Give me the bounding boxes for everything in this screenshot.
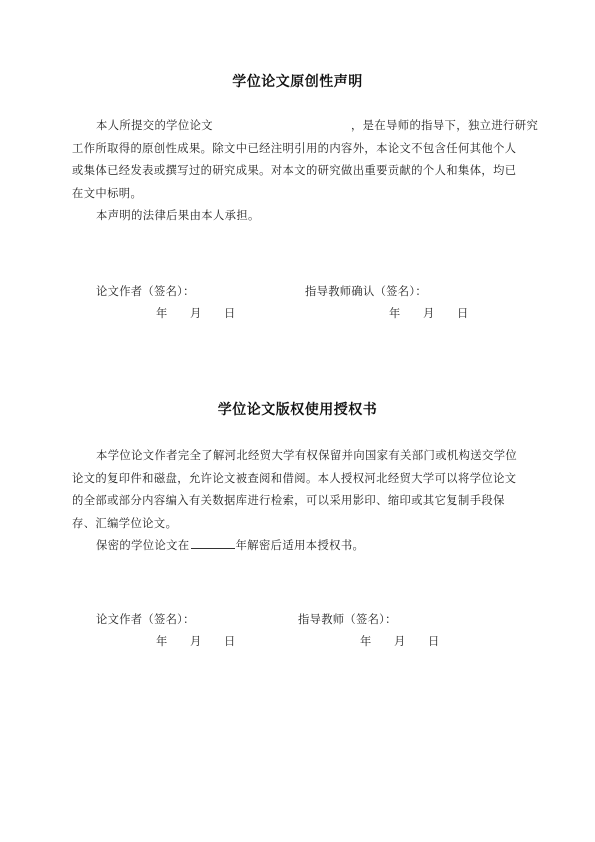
day-label: 日: [224, 633, 258, 649]
author-date: 年月日: [156, 305, 258, 321]
day-label: 日: [428, 633, 462, 649]
month-label: 月: [190, 633, 224, 649]
day-label: 日: [224, 305, 258, 321]
body-line: 论文的复印件和磁盘，允许论文被查阅和借阅。本人授权河北经贸大学可以将学位论文: [72, 468, 534, 491]
body-line: 在文中标明。: [72, 183, 534, 206]
year-label: 年: [389, 305, 423, 321]
body-line: 或集体已经发表或撰写过的研究成果。对本文的研究做出重要贡献的个人和集体，均已: [72, 160, 534, 183]
year-label: 年: [156, 305, 190, 321]
thesis-title-prefix: 本人所提交的学位论文: [96, 119, 213, 132]
author-signature-label: 论文作者（签名）：: [96, 283, 195, 299]
advisor-date: 年月日: [389, 305, 491, 321]
year-label: 年: [156, 633, 190, 649]
day-label: 日: [457, 305, 491, 321]
body-line: 本学位论文作者完全了解河北经贸大学有权保留并向国家有关部门或机构送交学位: [72, 445, 534, 468]
author-date-2: 年月日: [156, 633, 258, 649]
advisor-confirm-signature-label: 指导教师确认（签名）：: [305, 283, 427, 299]
author-signature-label-2: 论文作者（签名）：: [96, 611, 195, 627]
confidential-prefix: 保密的学位论文在: [96, 539, 190, 552]
thesis-title-suffix: ，是在导师的指导下，独立进行研究: [351, 119, 538, 132]
advisor-signature-label: 指导教师（签名）：: [298, 611, 397, 627]
body-line: 本人所提交的学位论文，是在导师的指导下，独立进行研究: [72, 115, 534, 138]
confidential-suffix: 年解密后适用本授权书。: [236, 539, 365, 552]
originality-declaration-title: 学位论文原创性声明: [0, 71, 595, 91]
advisor-date-2: 年月日: [360, 633, 462, 649]
year-label: 年: [360, 633, 394, 649]
month-label: 月: [190, 305, 224, 321]
declassify-year-blank[interactable]: [191, 536, 235, 549]
body-line: 的全部或部分内容编入有关数据库进行检索，可以采用影印、缩印或其它复制手段保: [72, 490, 534, 513]
month-label: 月: [423, 305, 457, 321]
originality-declaration-body: 本人所提交的学位论文，是在导师的指导下，独立进行研究 工作所取得的原创性成果。除…: [72, 115, 534, 228]
legal-consequence-line: 本声明的法律后果由本人承担。: [72, 205, 534, 228]
confidential-line: 保密的学位论文在年解密后适用本授权书。: [72, 535, 534, 558]
document-page: 学位论文原创性声明 本人所提交的学位论文，是在导师的指导下，独立进行研究 工作所…: [0, 0, 595, 842]
body-line: 工作所取得的原创性成果。除文中已经注明引用的内容外，本论文不包含任何其他个人: [72, 138, 534, 161]
body-line: 存、汇编学位论文。: [72, 513, 534, 536]
copyright-authorization-body: 本学位论文作者完全了解河北经贸大学有权保留并向国家有关部门或机构送交学位 论文的…: [72, 445, 534, 558]
month-label: 月: [394, 633, 428, 649]
copyright-authorization-title: 学位论文版权使用授权书: [0, 399, 595, 419]
